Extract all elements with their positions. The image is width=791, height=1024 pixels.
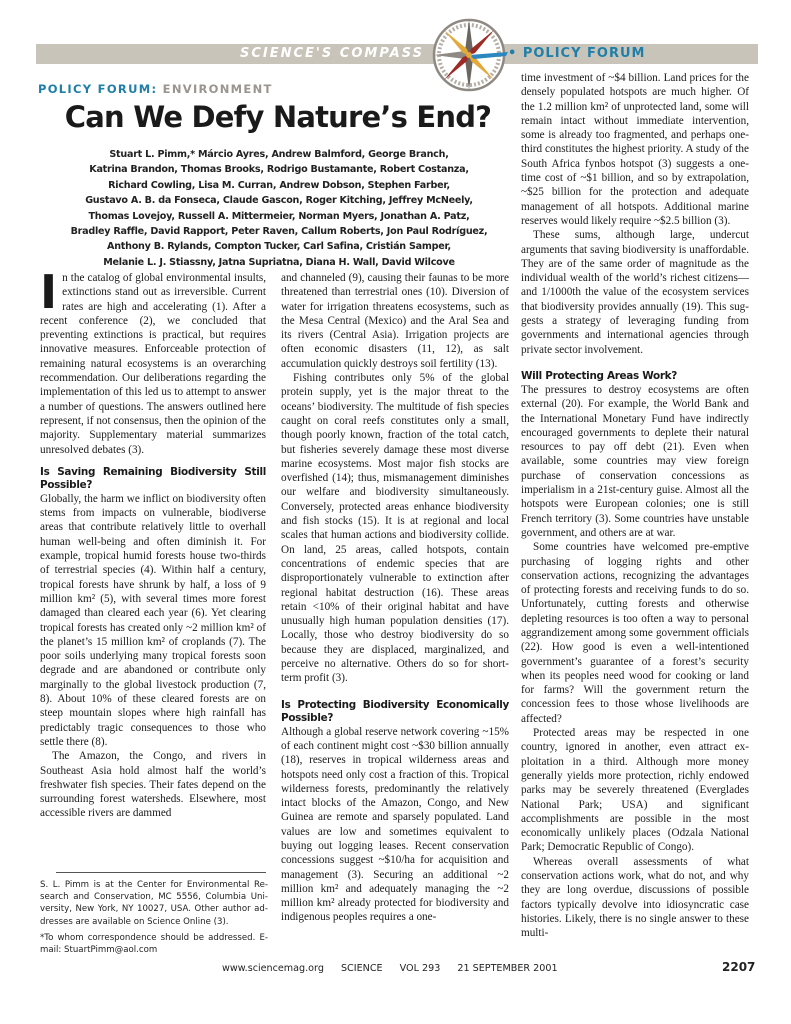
section-label-left: SCIENCE'S COMPASS [152, 44, 424, 64]
footnote-divider [56, 872, 266, 873]
volume-number: VOL 293 [400, 963, 441, 974]
affiliation-footnote: S. L. Pimm is at the Center for Environm… [40, 879, 268, 928]
text-column-2: and channeled (9), causing their faunas … [281, 271, 509, 925]
journal-name: SCIENCE [341, 963, 383, 974]
section-heading: Is Protecting Biodiversity Economically … [281, 699, 509, 725]
author-line: Stuart L. Pimm,* Márcio Ayres, Andrew Ba… [36, 147, 522, 162]
compass-rose-icon [430, 16, 508, 94]
journal-url[interactable]: www.sciencemag.org [222, 963, 324, 974]
section-heading: Will Protecting Areas Work? [521, 370, 749, 383]
text-column-1: In the catalog of global environmental i… [40, 271, 266, 821]
page-footer: www.sciencemag.org SCIENCE VOL 293 21 SE… [222, 963, 572, 974]
author-line: Richard Cowling, Lisa M. Curran, Andrew … [36, 178, 522, 193]
article-title: Can We Defy Nature’s End? [38, 100, 518, 134]
body-paragraph: Protected areas may be respected in one … [521, 726, 749, 855]
author-line: Gustavo A. B. da Fonseca, Claude Gascon,… [36, 193, 522, 208]
body-paragraph: These sums, although large, undercut arg… [521, 228, 749, 357]
body-paragraph: Fishing contributes only 5% of the glob­… [281, 371, 509, 686]
issue-date: 21 SEPTEMBER 2001 [457, 963, 557, 974]
kicker-secondary: ENVIRONMENT [163, 82, 273, 96]
section-label-right: • POLICY FORUM [508, 44, 645, 64]
body-paragraph: Globally, the harm we inflict on biodive… [40, 492, 266, 749]
author-line: Melanie L. J. Stiassny, Jatna Supriatna,… [36, 255, 522, 270]
author-line: Anthony B. Rylands, Compton Tucker, Carl… [36, 239, 522, 254]
intro-paragraph: In the catalog of global environmental i… [40, 271, 266, 457]
drop-cap: I [40, 273, 57, 311]
body-paragraph-continued: and channeled (9), causing their faunas … [281, 271, 509, 371]
section-heading: Is Saving Remaining Biodiversity Still P… [40, 466, 266, 492]
page-number: 2207 [722, 960, 755, 974]
author-list: Stuart L. Pimm,* Márcio Ayres, Andrew Ba… [36, 147, 522, 270]
kicker-primary: POLICY FORUM: [38, 82, 157, 96]
body-paragraph: Some countries have welcomed pre-emp­tiv… [521, 540, 749, 726]
author-line: Katrina Brandon, Thomas Brooks, Rodrigo … [36, 162, 522, 177]
body-paragraph: Whereas overall assessments of what cons… [521, 855, 749, 941]
text-column-3: time investment of ~$4 billion. Land pri… [521, 71, 749, 941]
body-paragraph: The pressures to destroy ecosystems are … [521, 383, 749, 540]
correspondence-footnote: *To whom correspondence should be addres… [40, 932, 268, 956]
body-paragraph: The Amazon, the Congo, and rivers in Sou… [40, 749, 266, 820]
body-paragraph: Although a global reserve network coveri… [281, 725, 509, 925]
section-kicker: POLICY FORUM: ENVIRONMENT [38, 82, 273, 96]
author-line: Bradley Raffle, David Rapport, Peter Rav… [36, 224, 522, 239]
author-line: Thomas Lovejoy, Russell A. Mittermeier, … [36, 209, 522, 224]
body-paragraph-continued: time investment of ~$4 billion. Land pri… [521, 71, 749, 228]
